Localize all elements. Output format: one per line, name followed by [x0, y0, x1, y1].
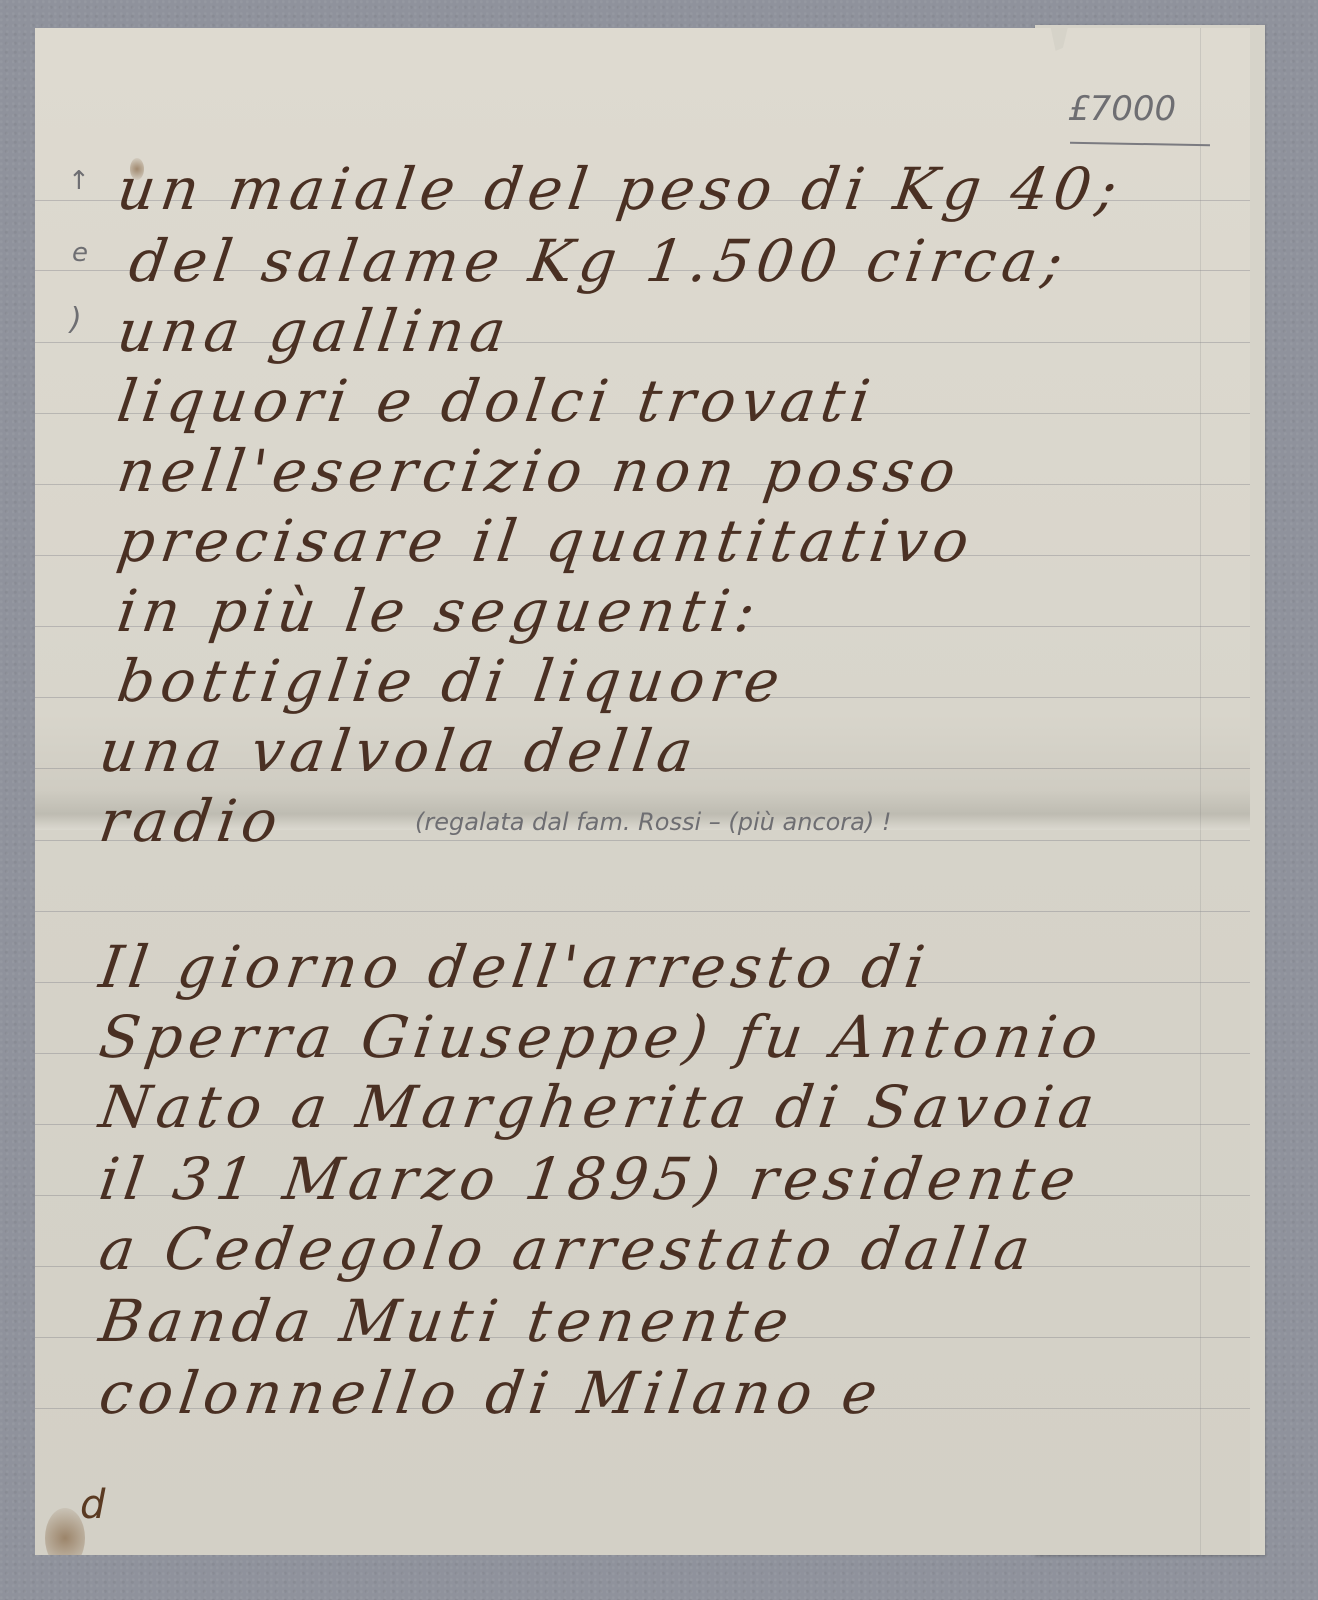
- margin-mark: ↑: [68, 168, 90, 194]
- margin-mark: e: [72, 240, 88, 266]
- text-line: liquori e dolci trovati: [114, 372, 879, 430]
- text-line: precisare il quantitativo: [114, 512, 978, 570]
- text-line: bottiglie di liquore: [114, 652, 789, 710]
- text-line: radio: [96, 792, 287, 850]
- text-line: Banda Muti tenente: [96, 1292, 798, 1350]
- text-line: colonnello di Milano e: [96, 1364, 887, 1422]
- ink-stain: [45, 1508, 85, 1568]
- text-line: Nato a Margherita di Savoia: [96, 1078, 1104, 1136]
- pencil-annotation: (regalata dal fam. Rossi – (più ancora) …: [415, 810, 891, 834]
- text-line: Il giorno dell'arresto di: [96, 938, 934, 996]
- text-line: in più le seguenti:: [114, 582, 765, 640]
- text-line: una valvola della: [96, 722, 702, 780]
- text-line: del salame Kg 1.500 circa;: [126, 232, 1073, 290]
- text-line: il 31 Marzo 1895) residente: [96, 1150, 1085, 1208]
- text-line: Sperra Giuseppe) fu Antonio: [96, 1008, 1107, 1066]
- ruled-line: [35, 911, 1250, 912]
- text-line: una gallina: [114, 302, 515, 360]
- header-note: £7000: [1068, 92, 1176, 126]
- margin-mark: ): [70, 305, 82, 335]
- text-line: nell'esercizio non posso: [114, 442, 965, 500]
- text-line: a Cedegolo arrestato dalla: [96, 1220, 1039, 1278]
- bottom-margin-mark: d: [80, 1485, 105, 1525]
- text-line: un maiale del peso di Kg 40;: [114, 160, 1127, 218]
